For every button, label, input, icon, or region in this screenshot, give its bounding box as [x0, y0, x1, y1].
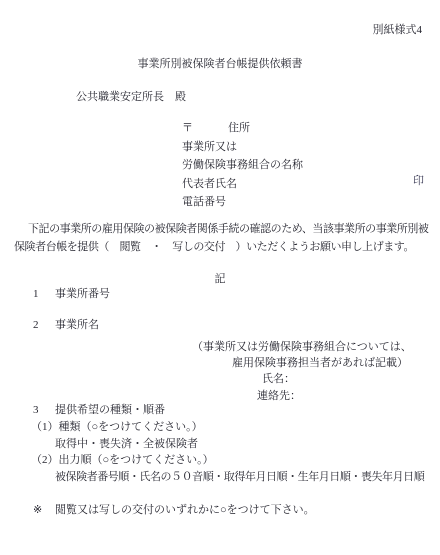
item3-number: 3: [33, 403, 39, 417]
item3-label: 提供希望の種類・順番: [55, 403, 165, 417]
item1-number: 1: [33, 287, 39, 301]
item1-label: 事業所番号: [55, 287, 110, 301]
seal-mark: 印: [413, 174, 424, 188]
kind-options: 取得中・喪失済・全被保険者: [55, 437, 198, 451]
postal-mark: 〒: [182, 121, 193, 135]
contact-name-label: 氏名：: [262, 372, 295, 386]
kind-subitem-heading: （1）種類（○をつけてください。）: [31, 420, 203, 434]
form-number-label: 別紙様式4: [373, 23, 423, 37]
contact-info-label: 連絡先：: [257, 389, 301, 403]
footnote-text: 閲覧又は写しの交付のいずれかに○をつけて下さい。: [55, 503, 315, 517]
footnote-mark: ※: [33, 503, 42, 517]
request-paragraph-line1: 下記の事業所の雇用保険の被保険者関係手続の確認のため、当該事業所の事業所別被: [28, 222, 428, 236]
form-document-page: 別紙様式4 事業所別被保険者台帳提供依頼書 公共職業安定所長 殿 〒 住所 事業…: [0, 0, 440, 555]
document-title: 事業所別被保険者台帳提供依頼書: [0, 57, 440, 71]
office-note-line1: （事業所又は労働保険事務組合については、: [192, 340, 412, 354]
record-heading: 記: [0, 272, 440, 286]
phone-number-label: 電話番号: [182, 195, 226, 209]
representative-name-label: 代表者氏名: [182, 177, 237, 191]
request-paragraph-line2: 保険者台帳を提供（ 閲覧 ・ 写しの交付 ）いただくようお願い申し上げます。: [14, 240, 414, 254]
org-name-line2: 労働保険事務組合の名称: [182, 158, 303, 172]
order-subitem-heading: （2）出力順（○をつけてください。）: [31, 453, 214, 467]
address-label: 住所: [228, 121, 250, 135]
office-note-line2: 雇用保険事務担当者があれば記載）: [232, 356, 408, 370]
org-name-line1: 事業所又は: [182, 140, 237, 154]
item2-number: 2: [33, 318, 39, 332]
item2-label: 事業所名: [55, 318, 99, 332]
order-options: 被保険者番号順・氏名の５０音順・取得年月日順・生年月日順・喪失年月日順: [55, 470, 424, 484]
addressee-line: 公共職業安定所長 殿: [76, 90, 186, 104]
